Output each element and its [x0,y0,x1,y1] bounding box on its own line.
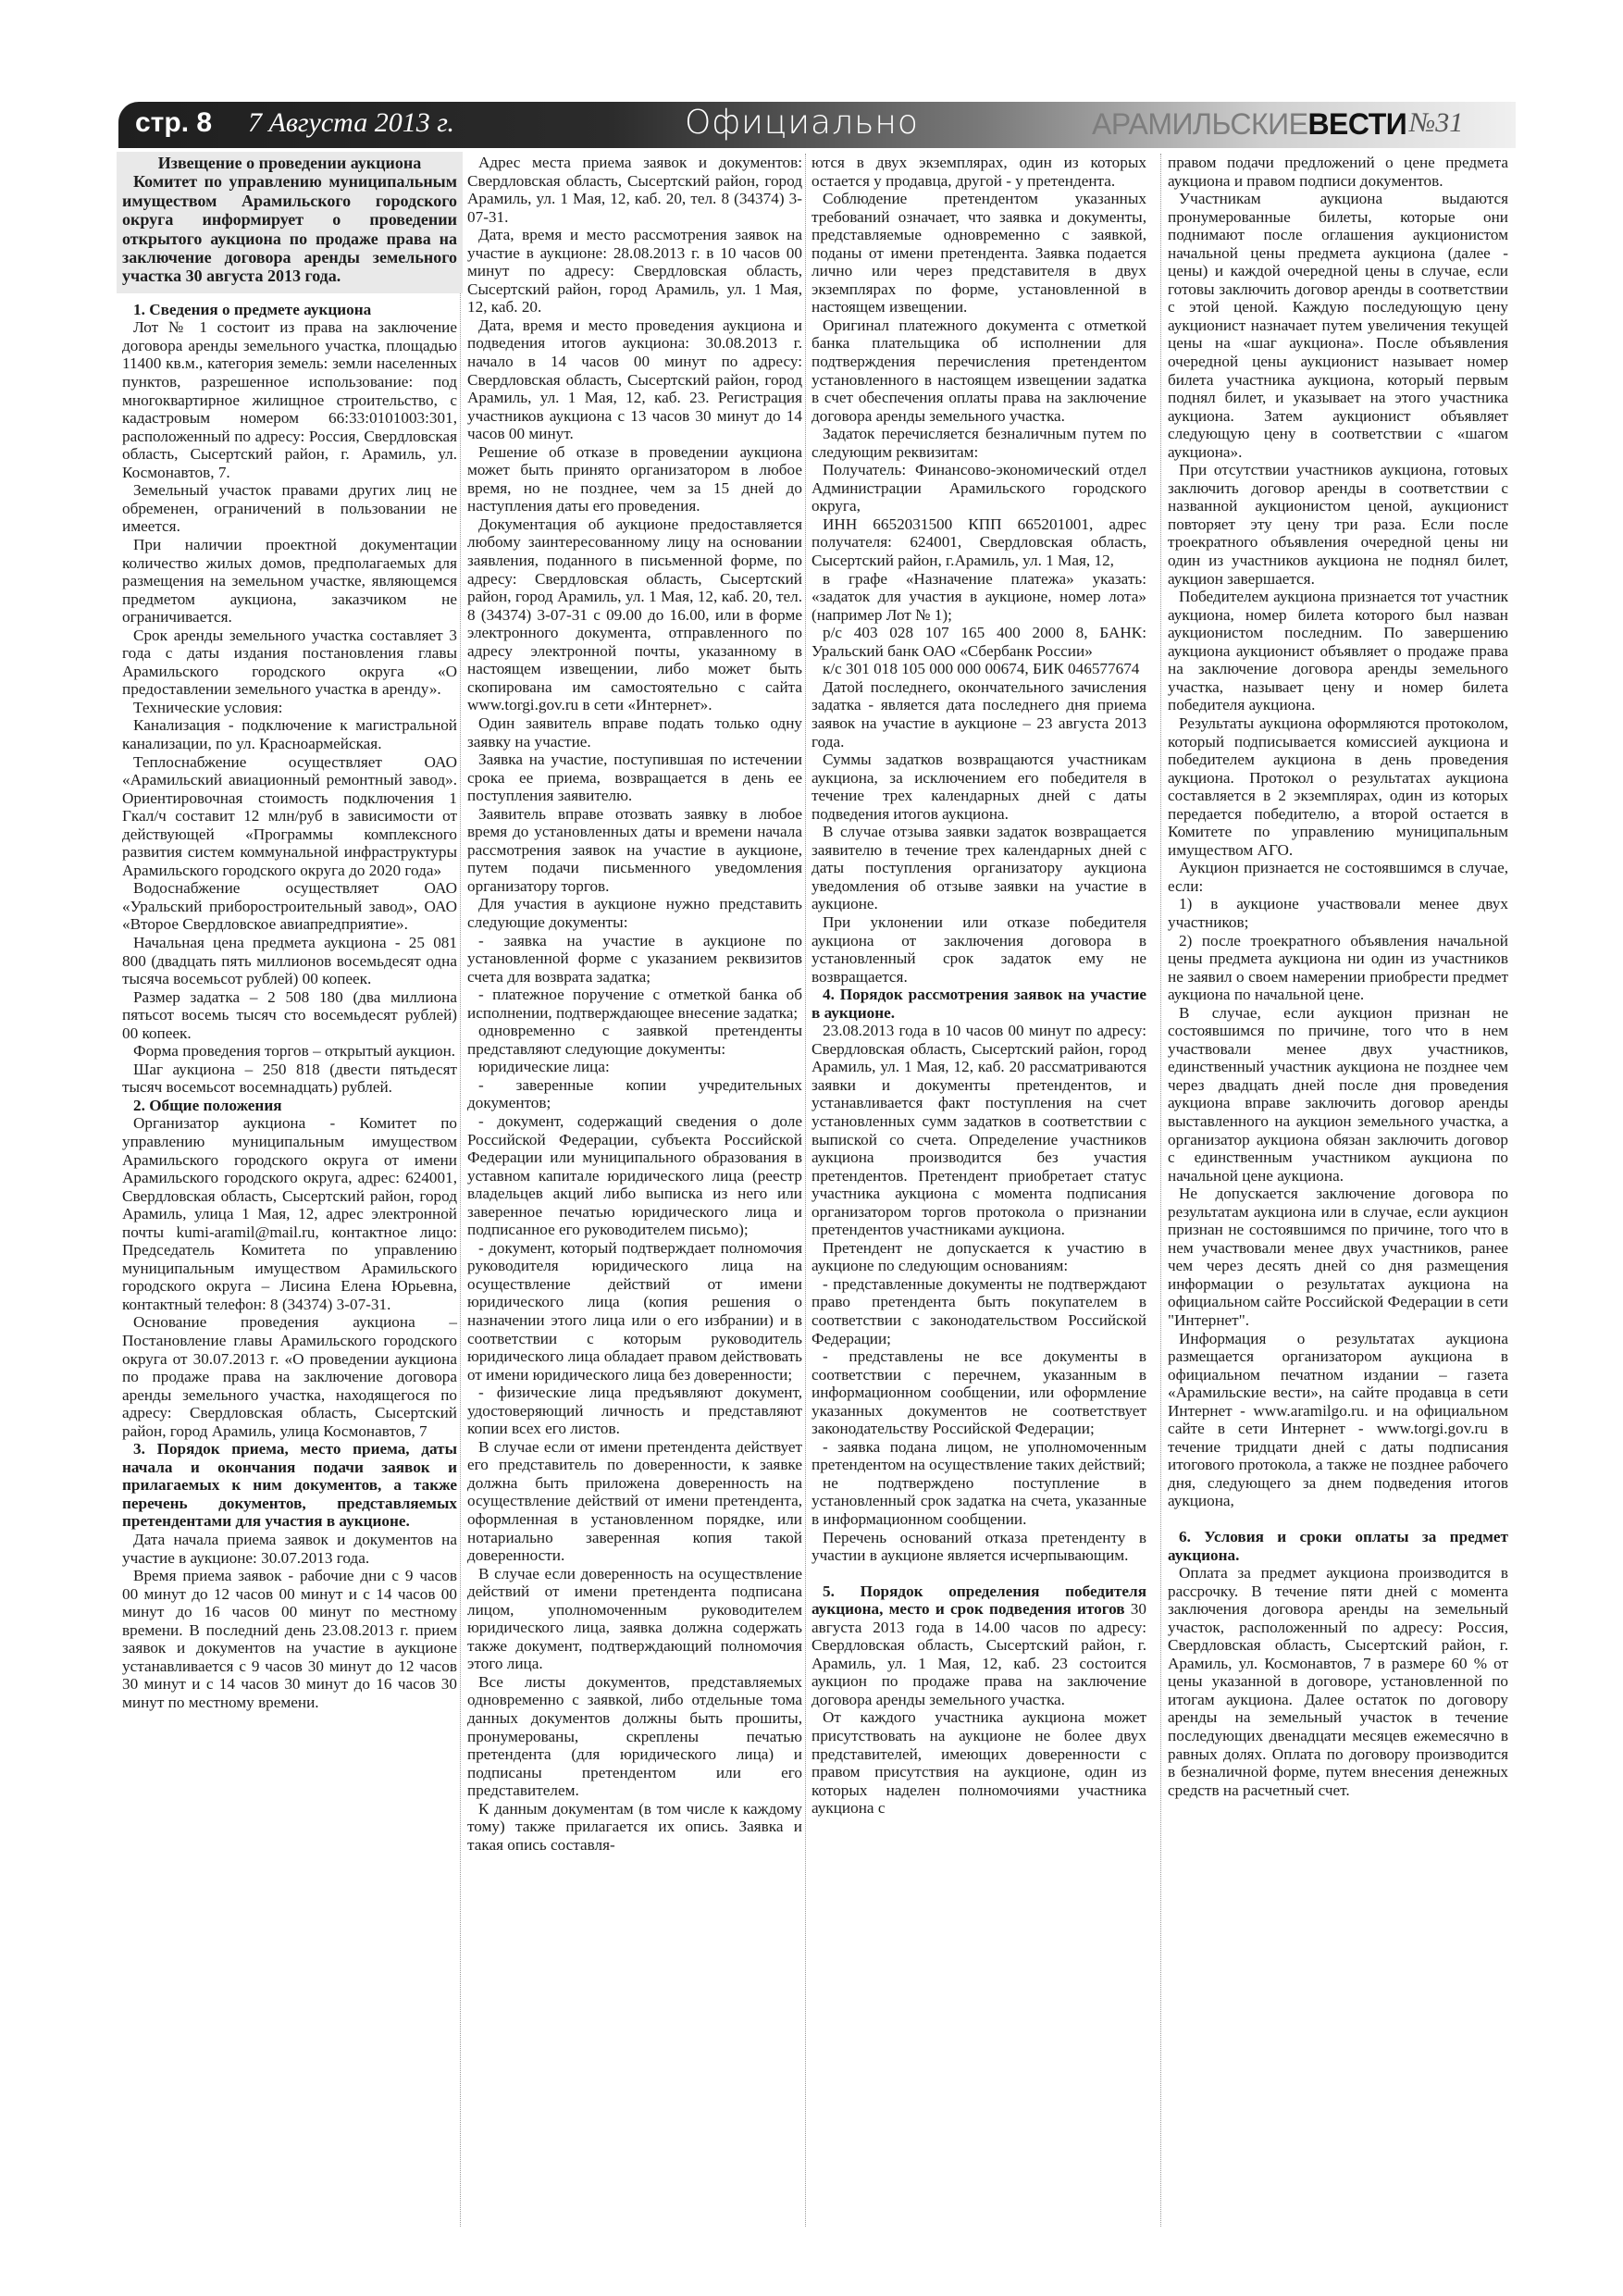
list-item: - физические лица предъявляют документ, … [467,1384,802,1438]
paragraph: В случае если от имени претендента дейст… [467,1438,802,1565]
paragraph: Аукцион признается не состоявшимся в слу… [1168,859,1508,895]
paragraph: Технические условия: [122,699,457,717]
paragraph: Канализация - подключение к магистрально… [122,716,457,752]
paragraph: Информация о результатах аукциона размещ… [1168,1330,1508,1510]
paragraph: 23.08.2013 года в 10 часов 00 минут по а… [811,1022,1146,1239]
column-2: Адрес места приема заявок и документов: … [467,154,802,1854]
paragraph: При наличии проектной документации колич… [122,536,457,627]
paragraph: в графе «Назначение платежа» указать: «з… [811,570,1146,625]
paragraph: В случае, если аукцион признан не состоя… [1168,1004,1508,1185]
paragraph: Документация об аукционе предоставляется… [467,515,802,714]
paragraph: Основание проведения аукциона – Постанов… [122,1313,457,1440]
paragraph: Размер задатка – 2 508 180 (два миллиона… [122,988,457,1043]
paragraph: р/с 403 028 107 165 400 2000 8, БАНК: Ур… [811,624,1146,660]
notice-lead: Комитет по управлению муниципальным имущ… [122,172,457,285]
logo-bold: ВЕСТИ [1307,107,1406,141]
paragraph: Соблюдение претендентом указанных требов… [811,190,1146,316]
list-item: 2) после троекратного объявления начальн… [1168,932,1508,1004]
newspaper-logo: АРАМИЛЬСКИЕВЕСТИ [1092,107,1406,142]
paragraph: Не допускается заключение договора по ре… [1168,1185,1508,1329]
paragraph: Датой последнего, окончательного зачисле… [811,678,1146,751]
paragraph: Теплоснабжение осуществляет ОАО «Арамиль… [122,753,457,880]
paragraph: Организатор аукциона - Комитет по управл… [122,1114,457,1313]
paragraph: Получатель: Финансово-экономический отде… [811,461,1146,515]
paragraph: Время приема заявок - рабочие дни с 9 ча… [122,1567,457,1711]
paragraph: Срок аренды земельного участка составляе… [122,627,457,699]
paragraph: юридические лица: [467,1058,802,1076]
section-title: Официально [685,104,919,142]
paragraph: От каждого участника аукциона может прис… [811,1708,1146,1817]
paragraph: Шаг аукциона – 250 818 (двести пятьдесят… [122,1061,457,1097]
column-divider [460,154,461,2227]
list-item: - заверенные копии учредительных докумен… [467,1076,802,1112]
notice-title: Извещение о проведении аукциона [122,154,457,172]
paragraph: К данным документам (в том числе к каждо… [467,1800,802,1855]
section-heading: 2. Общие положения [122,1097,457,1115]
paragraph: Водоснабжение осуществляет ОАО «Уральски… [122,879,457,934]
paragraph: Земельный участок правами других лиц не … [122,481,457,536]
issue-date: 7 Августа 2013 г. [248,107,454,139]
paragraph: В случае если доверенность на осуществле… [467,1565,802,1673]
paragraph: Заявка на участие, поступившая по истече… [467,751,802,805]
list-item: 1) в аукционе участвовали менее двух уча… [1168,895,1508,931]
paragraph: Форма проведения торгов – открытый аукци… [122,1042,457,1061]
list-item: - представлены не все документы в соотве… [811,1347,1146,1438]
list-item: - платежное поручение с отметкой банка о… [467,986,802,1022]
paragraph: Перечень оснований отказа претенденту в … [811,1529,1146,1565]
issue-number: №31 [1409,107,1463,139]
paragraph: Оплата за предмет аукциона производится … [1168,1564,1508,1799]
logo-light: АРАМИЛЬСКИЕ [1092,107,1307,141]
paragraph: При отсутствии участников аукциона, гото… [1168,461,1508,588]
paragraph: ются в двух экземплярах, один из которых… [811,154,1146,190]
column-1: Извещение о проведении аукциона Комитет … [122,154,457,1712]
paragraph: Один заявитель вправе подать только одну… [467,714,802,751]
list-item: - представленные документы не подтвержда… [811,1275,1146,1347]
paragraph: Решение об отказе в проведении аукциона … [467,443,802,515]
paragraph: ИНН 6652031500 КПП 665201001, адрес полу… [811,515,1146,570]
paragraph: Лот № 1 состоит из права на заключение д… [122,318,457,481]
list-item: - заявка на участие в аукционе по устано… [467,932,802,987]
paragraph: Дата начала приема заявок и документов н… [122,1531,457,1567]
column-3: ются в двух экземплярах, один из которых… [811,154,1146,1818]
section-5-paragraph: 5. Порядок определения победителя аукцио… [811,1582,1146,1709]
section-heading: 1. Сведения о предмете аукциона [122,301,457,319]
paragraph: Задаток перечисляется безналичным путем … [811,425,1146,461]
paragraph: Все листы документов, представляемых одн… [467,1673,802,1800]
page-number: стр. 8 [135,107,212,139]
section-heading: 3. Порядок приема, место приема, даты на… [122,1440,457,1531]
notice-intro-box: Извещение о проведении аукциона Комитет … [117,152,463,293]
paragraph: Результаты аукциона оформляются протокол… [1168,714,1508,859]
paragraph: Адрес места приема заявок и документов: … [467,154,802,226]
list-item: не подтверждено поступление в установлен… [811,1474,1146,1529]
section-heading: 5. Порядок определения победителя аукцио… [811,1582,1146,1619]
list-item: - документ, который подтверждает полномо… [467,1239,802,1384]
paragraph: одновременно с заявкой претенденты предс… [467,1022,802,1058]
paragraph: Участникам аукциона выдаются пронумерова… [1168,190,1508,461]
paragraph: Суммы задатков возвращаются участникам а… [811,751,1146,823]
section-heading: 4. Порядок рассмотрения заявок на участи… [811,986,1146,1022]
section-heading: 6. Условия и сроки оплаты за предмет аук… [1168,1528,1508,1564]
paragraph: Оригинал платежного документа с отметкой… [811,316,1146,425]
paragraph: Победителем аукциона признается тот учас… [1168,588,1508,714]
paragraph: Заявитель вправе отозвать заявку в любое… [467,805,802,896]
paragraph: В случае отзыва заявки задаток возвращае… [811,823,1146,913]
paragraph: Дата, время и место проведения аукциона … [467,316,802,443]
paragraph: Дата, время и место рассмотрения заявок … [467,226,802,316]
paragraph: Начальная цена предмета аукциона - 25 08… [122,934,457,988]
list-item: - документ, содержащий сведения о доле Р… [467,1112,802,1239]
column-4: правом подачи предложений о цене предмет… [1168,154,1508,1799]
column-divider [1160,154,1161,2227]
paragraph: При уклонении или отказе победителя аукц… [811,913,1146,986]
paragraph: к/с 301 018 105 000 000 00674, БИК 04657… [811,660,1146,678]
paragraph: Претендент не допускается к участию в ау… [811,1239,1146,1275]
list-item: - заявка подана лицом, не уполномоченным… [811,1438,1146,1474]
column-divider [805,154,806,2227]
paragraph: Для участия в аукционе нужно представить… [467,895,802,931]
page-header: стр. 8 7 Августа 2013 г. Официально АРАМ… [118,102,1516,148]
paragraph: правом подачи предложений о цене предмет… [1168,154,1508,190]
